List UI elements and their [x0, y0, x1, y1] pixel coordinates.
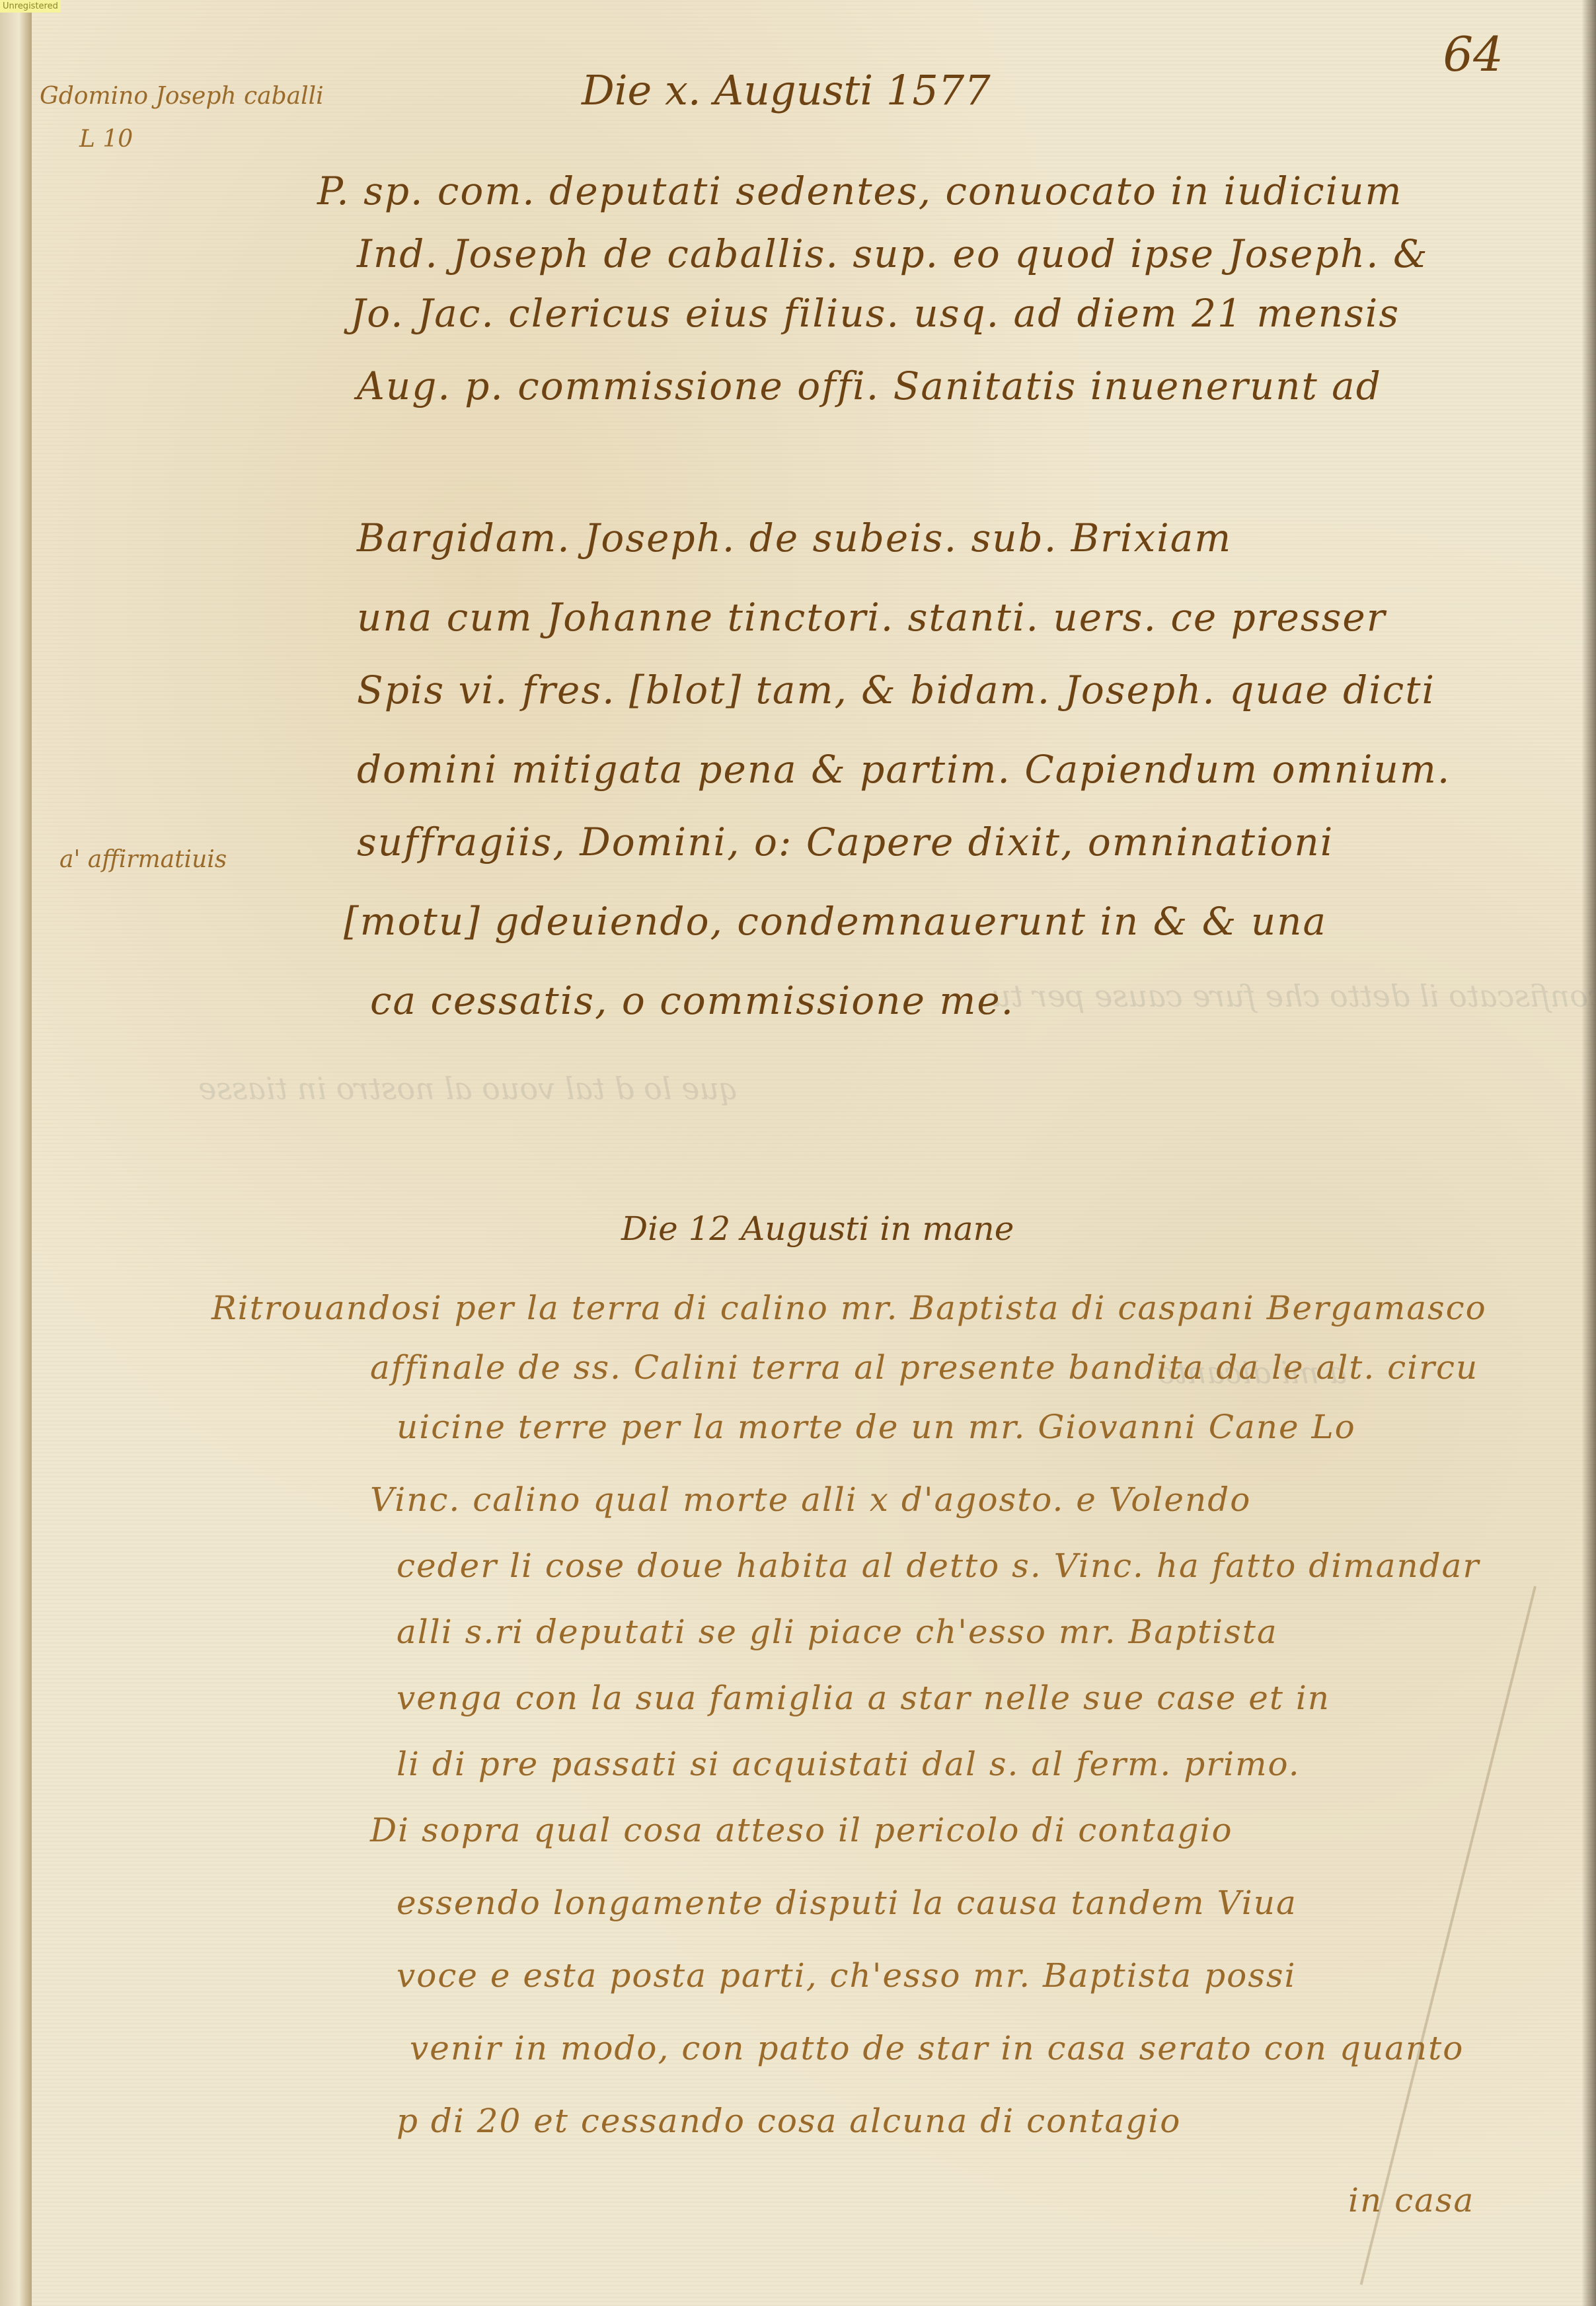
text-line: Bargidam. Joseph. de subeis. sub. Brixia… — [357, 516, 1232, 560]
margin-note: a' affirmatiuis — [59, 846, 227, 873]
text-line: Jo. Jac. clericus eius filius. usq. ad d… — [350, 291, 1400, 336]
text-line: Ritrouandosi per la terra di calino mr. … — [211, 1289, 1487, 1327]
paper-fold — [1360, 1586, 1537, 2286]
text-line: Di sopra qual cosa atteso il pericolo di… — [370, 1811, 1233, 1849]
text-line: venir in modo, con patto de star in casa… — [410, 2029, 1464, 2067]
text-line: P. sp. com. deputati sedentes, conuocato… — [317, 169, 1403, 213]
text-line: una cum Johanne tinctori. stanti. uers. … — [357, 595, 1386, 640]
text-line: li di pre passati si acquistati dal s. a… — [397, 1745, 1301, 1783]
text-line: ca cessatis, o commissione me. — [370, 978, 1014, 1023]
manuscript-page: Unregistered confiscato il detto che fur… — [0, 0, 1596, 2306]
text-line: Ind. Joseph de caballis. sup. eo quod ip… — [357, 231, 1429, 276]
text-line: in casa — [1348, 2181, 1474, 2219]
text-line: voce e esta posta parti, ch'esso mr. Bap… — [397, 1956, 1297, 1995]
margin-note: L 10 — [79, 126, 133, 153]
text-line: [motu] gdeuiendo, condemnauerunt in & & … — [344, 899, 1327, 944]
text-line: uicine terre per la morte de un mr. Giov… — [397, 1408, 1356, 1446]
text-line: Spis vi. fres. [blot] tam, & bidam. Jose… — [357, 668, 1435, 712]
entry-date-header: Die x. Augusti 1577 — [582, 66, 991, 114]
page-edge-shadow — [1581, 0, 1596, 2306]
watermark-badge: Unregistered — [0, 0, 61, 13]
bleed-through-text: que lo d tal vouo al nostro in tiasse — [198, 1071, 738, 1106]
margin-note: Gdomino Joseph caballi — [40, 83, 324, 110]
text-line: suffragiis, Domini, o: Capere dixit, omn… — [357, 820, 1334, 865]
text-line: affinale de ss. Calini terra al presente… — [370, 1348, 1478, 1387]
text-line: p di 20 et cessando cosa alcuna di conta… — [397, 2102, 1181, 2140]
entry-date-header: Die 12 Augusti in mane — [621, 1210, 1014, 1248]
book-gutter — [0, 0, 32, 2306]
text-line: ceder li cose doue habita al detto s. Vi… — [397, 1547, 1480, 1585]
text-line: domini mitigata pena & partim. Capiendum… — [357, 747, 1451, 792]
text-line: venga con la sua famiglia a star nelle s… — [397, 1679, 1330, 1717]
text-line: Vinc. calino qual morte alli x d'agosto.… — [370, 1480, 1251, 1519]
text-line: essendo longamente disputi la causa tand… — [397, 1884, 1297, 1922]
text-line: alli s.ri deputati se gli piace ch'esso … — [397, 1613, 1278, 1651]
folio-number: 64 — [1443, 26, 1503, 82]
text-line: Aug. p. commissione offi. Sanitatis inue… — [357, 364, 1382, 408]
bleed-through-text: confiscato il detto che fure cause per t… — [991, 978, 1596, 1014]
